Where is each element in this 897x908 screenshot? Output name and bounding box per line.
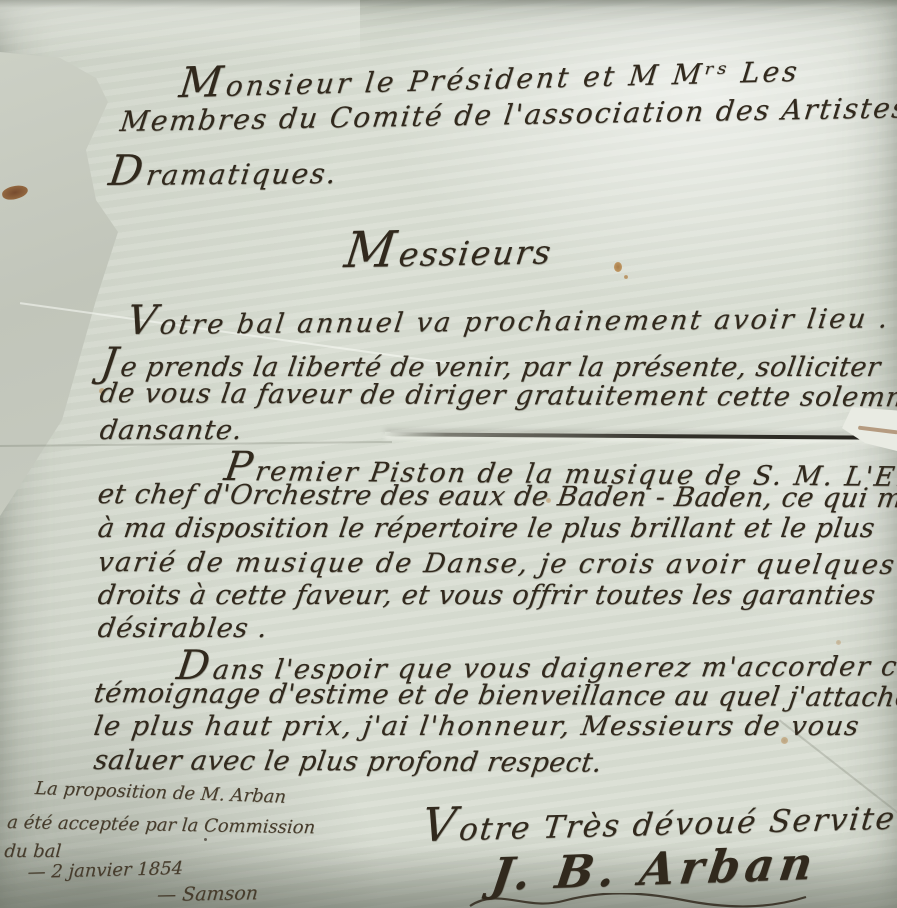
letter-body-line: à ma disposition le répertoire le plus b…	[96, 515, 876, 542]
annotation-line: du bal	[4, 843, 62, 861]
letter-body-line: Je prends la liberté de venir, par la pr…	[98, 342, 884, 383]
signature-flourish	[468, 893, 808, 908]
torn-corner	[0, 0, 130, 530]
letter-body-line: droits à cette faveur, et vous offrir to…	[96, 582, 877, 609]
ink-dot	[204, 838, 207, 841]
letter-body-line: saluer avec le plus profond respect.	[92, 747, 604, 777]
annotation-line: La proposition de M. Arban	[34, 780, 287, 807]
letter-body-line: et chef d'Orchestre des eaux de Baden - …	[96, 481, 897, 512]
letter-body-line: dansante.	[98, 417, 244, 444]
letter-body-line: varié de musique de Danse, je crois avoi…	[96, 549, 897, 579]
letter-body-line: le plus haut prix, j'ai l'honneur, Messi…	[92, 713, 862, 740]
letter-body-line: de vous la faveur de diriger gratuitemen…	[98, 380, 897, 411]
annotation-signature: — Samson	[156, 884, 258, 905]
paper-top-highlight	[0, 0, 360, 62]
letter-closing: Votre Très dévoué Serviteur	[420, 789, 897, 849]
letter-salutation: Messieurs	[342, 222, 556, 275]
letter-page: Monsieur le Président et M Mʳˢ Les Membr…	[0, 0, 897, 908]
foxing-spot	[624, 275, 628, 279]
annotation-line: a été acceptée par la Commission	[6, 814, 316, 837]
letter-signature: J. B. Arban	[489, 841, 821, 898]
fold-crease-line	[385, 432, 897, 439]
letter-body-line: désirables .	[96, 615, 269, 642]
letter-body-line: Votre bal annuel va prochainement avoir …	[125, 293, 894, 340]
foxing-spot	[614, 262, 622, 272]
letter-header-line: Dramatiques.	[106, 148, 341, 192]
annotation-date: — 2 janvier 1854	[27, 860, 183, 882]
paper-top-edge-shadow	[0, 0, 897, 8]
letter-body-line: témoignage d'estime et de bienveillance …	[92, 680, 897, 711]
